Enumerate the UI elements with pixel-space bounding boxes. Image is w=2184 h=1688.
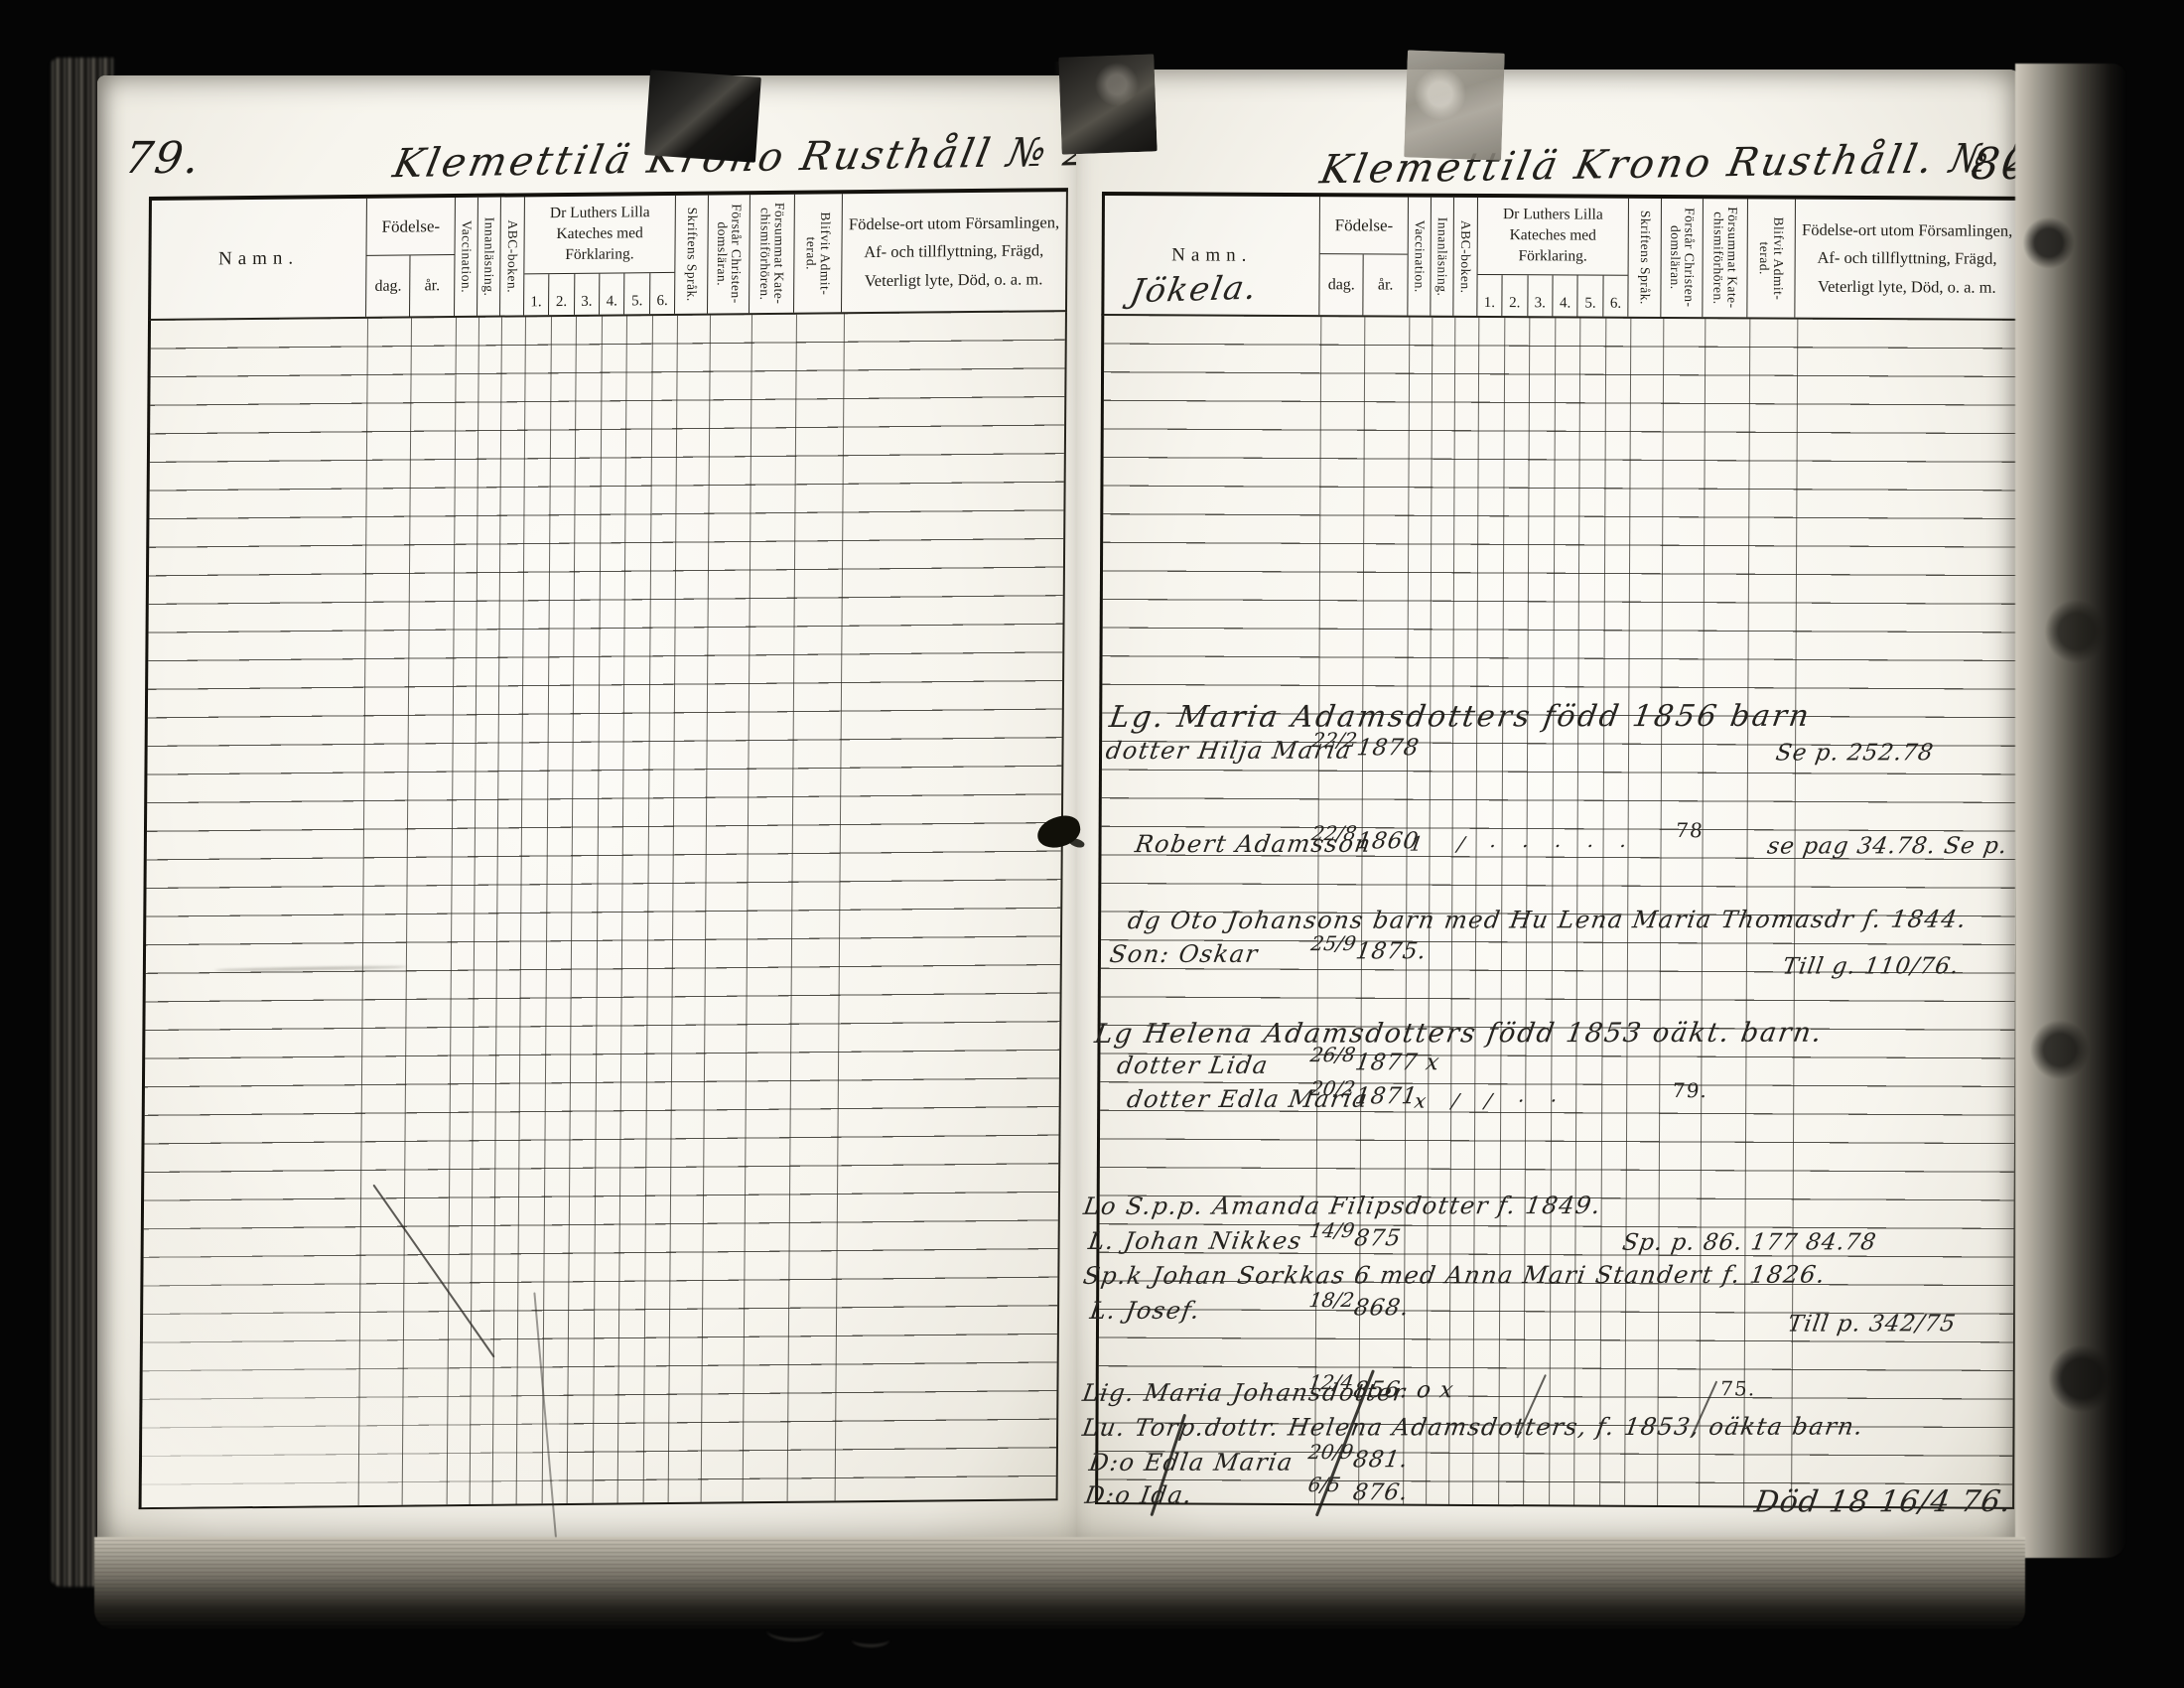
left-record-table: Namn. Födelse- dag. år. Vaccination. Inn… xyxy=(139,188,1068,1509)
col-fodelse: Födelse- dag. år. xyxy=(1320,197,1409,315)
col-innanlasning-label: Innanläsning. xyxy=(481,216,496,296)
column-rule xyxy=(1743,319,1750,1505)
col-fodelse-label: Födelse- xyxy=(367,198,455,256)
col-abc-label: ABC-boken. xyxy=(1458,220,1473,294)
column-rule xyxy=(593,317,603,1503)
column-rule xyxy=(1657,319,1664,1505)
col-namn: Namn. xyxy=(151,199,367,319)
book-right-edge xyxy=(2015,64,2126,1558)
tape-mark xyxy=(1058,54,1157,154)
col-blifvit-label: Blifvit Admit- terad. xyxy=(803,196,832,310)
col-forstar-label: Förstår Christen- domsläran. xyxy=(714,197,743,311)
kateches-sub-4: 4. xyxy=(600,273,625,314)
col-forsummat-label: Försummat Kate- chismiförhören. xyxy=(1710,201,1739,315)
col-vaccination: Vaccination. xyxy=(455,198,478,316)
col-abc-boken: ABC-boken. xyxy=(1453,198,1478,316)
column-rule xyxy=(1523,318,1530,1504)
col-fodelse: Födelse- dag. år. xyxy=(366,198,456,317)
col-forsummat: Försummat Kate- chismiförhören. xyxy=(750,195,795,313)
col-skriftens: Skriftens Språk. xyxy=(675,196,709,314)
kateches-sub-6: 6. xyxy=(650,273,675,314)
column-rule xyxy=(358,319,368,1505)
column-rule xyxy=(1472,318,1479,1504)
ruled-body-left xyxy=(139,312,1067,1509)
kateches-sub-6: 6. xyxy=(1603,276,1628,317)
column-rule xyxy=(643,316,653,1502)
column-rule xyxy=(1358,317,1365,1503)
scanned-church-record-photo: { "pages": { "left": { "number": "79.", … xyxy=(0,0,2184,1688)
col-forsummat-label: Försummat Kate- chismiförhören. xyxy=(757,197,786,311)
column-rule xyxy=(668,316,678,1502)
column-rule xyxy=(1403,318,1410,1504)
column-rule xyxy=(1448,318,1455,1504)
faint-bottom-mark xyxy=(766,1618,824,1641)
col-namn-label: Namn. xyxy=(218,247,299,270)
col-forstar: Förstår Christen- domsläran. xyxy=(1661,199,1703,317)
tape-mark xyxy=(644,70,761,163)
left-page-number: 79. xyxy=(121,133,204,184)
column-rule xyxy=(447,318,457,1504)
kateches-sub-1: 1. xyxy=(524,274,550,315)
col-dag-label: dag. xyxy=(366,255,410,316)
table-header: Namn. Födelse- dag. år. Vaccination. Inn… xyxy=(1101,192,2021,321)
col-dag-label: dag. xyxy=(1320,254,1364,315)
col-abc-label: ABC-boken. xyxy=(504,219,519,293)
column-rule xyxy=(1549,318,1556,1504)
column-rule xyxy=(701,316,711,1502)
col-ar-label: år. xyxy=(410,255,454,316)
column-rule xyxy=(516,317,526,1503)
column-rule xyxy=(743,315,752,1501)
column-rule xyxy=(835,314,845,1500)
col-fodelseort: Födelse-ort utom Församlingen, Af- och t… xyxy=(842,192,1066,312)
col-innanlasning: Innanläsning. xyxy=(1431,198,1454,316)
kateches-sub-2: 2. xyxy=(549,274,575,315)
col-innanlasning-label: Innanläsning. xyxy=(1434,216,1449,296)
col-ar-label: år. xyxy=(1364,254,1408,315)
col-namn-label: Namn. xyxy=(1171,244,1252,266)
book-bottom-edge xyxy=(94,1537,2025,1628)
col-vaccination: Vaccination. xyxy=(1408,198,1432,316)
table-header: Namn. Födelse- dag. år. Vaccination. Inn… xyxy=(148,188,1068,321)
column-rule xyxy=(402,318,412,1504)
col-innanlasning: Innanläsning. xyxy=(478,198,501,316)
column-rule xyxy=(1314,317,1321,1503)
col-abc-boken: ABC-boken. xyxy=(500,197,525,315)
column-rule xyxy=(1599,319,1606,1505)
column-rule xyxy=(1791,320,1798,1506)
col-kateches-label: Dr Luthers Lilla Kateches med Förklaring… xyxy=(524,196,675,274)
kateches-sub-5: 5. xyxy=(624,273,650,314)
col-namn: Namn. xyxy=(1104,196,1320,315)
col-skriftens: Skriftens Språk. xyxy=(1629,199,1663,317)
col-blifvit: Blifvit Admit- terad. xyxy=(1747,199,1795,317)
kateches-sub-3: 3. xyxy=(1528,275,1554,316)
left-page: 79. Klemettilä Krono Rusthåll № 2. Namn.… xyxy=(97,75,1076,1553)
col-kateches: Dr Luthers Lilla Kateches med Förklaring… xyxy=(524,196,676,315)
col-skriftens-label: Skriftens Språk. xyxy=(1638,211,1653,305)
column-rule xyxy=(1699,319,1706,1505)
column-rule xyxy=(1498,318,1505,1504)
page-fade-artifact xyxy=(142,1176,562,1507)
col-fodelseort-label: Födelse-ort utom Församlingen, Af- och t… xyxy=(1801,216,2013,302)
right-page: Klemettilä Krono Rusthåll. № 2. 80. Namn… xyxy=(1076,70,2021,1551)
col-kateches: Dr Luthers Lilla Kateches med Förklaring… xyxy=(1477,198,1629,317)
col-forstar: Förstår Christen- domsläran. xyxy=(708,195,751,313)
col-blifvit-label: Blifvit Admit- terad. xyxy=(1756,201,1785,315)
kateches-sub-3: 3. xyxy=(575,274,601,315)
col-forsummat: Försummat Kate- chismiförhören. xyxy=(1703,199,1747,317)
col-fodelseort: Födelse-ort utom Församlingen, Af- och t… xyxy=(1795,200,2019,319)
right-record-table: Namn. Födelse- dag. år. Vaccination. Inn… xyxy=(1095,192,2021,1509)
column-rule xyxy=(542,317,552,1503)
col-fodelseort-label: Födelse-ort utom Församlingen, Af- och t… xyxy=(848,209,1060,295)
column-rule xyxy=(492,318,502,1504)
ruled-body-right xyxy=(1095,316,2020,1509)
column-rule xyxy=(1624,319,1631,1505)
column-rule xyxy=(1426,318,1433,1504)
kateches-sub-5: 5. xyxy=(1578,276,1604,317)
column-rule xyxy=(617,316,627,1502)
kateches-sub-1: 1. xyxy=(1477,275,1503,316)
faint-bottom-mark xyxy=(852,1632,889,1647)
col-vaccination-label: Vaccination. xyxy=(459,220,474,293)
col-skriftens-label: Skriftens Språk. xyxy=(684,208,699,302)
column-rule xyxy=(1573,319,1580,1505)
kateches-sub-2: 2. xyxy=(1503,275,1529,316)
kateches-sub-4: 4. xyxy=(1553,275,1578,316)
column-rule xyxy=(567,317,577,1503)
col-vaccination-label: Vaccination. xyxy=(1412,220,1427,293)
column-rule xyxy=(787,315,797,1501)
col-blifvit: Blifvit Admit- terad. xyxy=(794,194,843,312)
col-fodelse-label: Födelse- xyxy=(1320,197,1408,254)
col-kateches-label: Dr Luthers Lilla Kateches med Förklaring… xyxy=(1477,198,1628,276)
tape-mark xyxy=(1404,50,1505,160)
col-forstar-label: Förstår Christen- domsläran. xyxy=(1668,201,1697,315)
